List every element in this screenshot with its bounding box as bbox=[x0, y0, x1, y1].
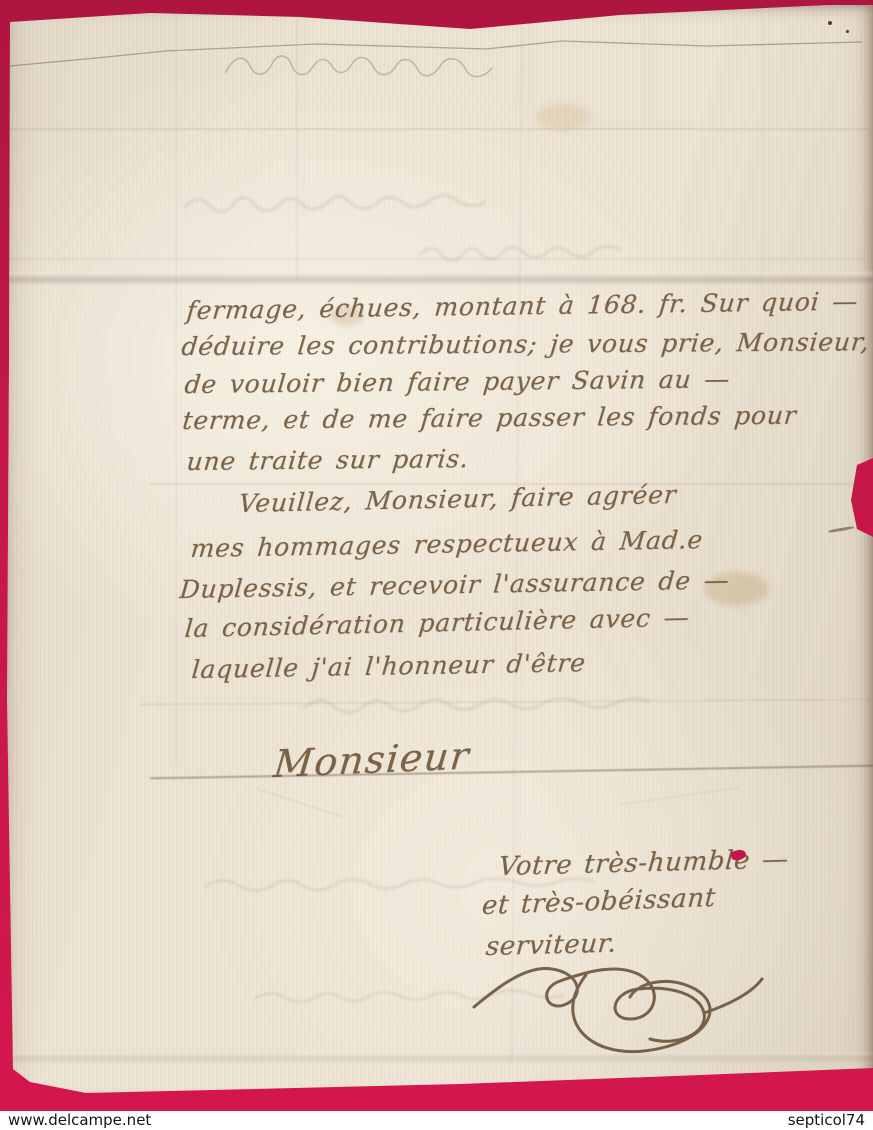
wrinkle bbox=[620, 787, 739, 806]
paper-top-edge-line bbox=[6, 30, 866, 100]
fold-crease bbox=[0, 272, 873, 286]
watermark-left: www.delcampe.net bbox=[8, 1111, 151, 1130]
manuscript-line: terme, et de me faire passer les fonds p… bbox=[181, 401, 798, 435]
manuscript-line: Duplessis, et recevoir l'assurance de — bbox=[178, 565, 730, 604]
salutation-line: Monsieur bbox=[272, 733, 472, 785]
fold-crease bbox=[8, 128, 868, 130]
ink-bleedthrough bbox=[415, 238, 635, 268]
ink-speck bbox=[828, 526, 854, 533]
ink-bleedthrough bbox=[180, 186, 520, 222]
fold-crease bbox=[150, 765, 873, 780]
manuscript-line: la considération particulière avec — bbox=[184, 603, 691, 643]
wrinkle bbox=[257, 788, 343, 818]
watermark-strip: www.delcampe.net septicol74 bbox=[0, 1111, 873, 1130]
fold-crease bbox=[10, 258, 865, 260]
ink-bleedthrough bbox=[300, 690, 700, 720]
manuscript-line: Veuillez, Monsieur, faire agréer bbox=[238, 480, 678, 518]
closing-line: et très-obéissant bbox=[481, 883, 717, 921]
letter-paper: fermage, échues, montant à 168. fr. Sur … bbox=[0, 0, 873, 1112]
manuscript-line: de vouloir bien faire payer Savin au — bbox=[183, 364, 731, 399]
ink-bleedthrough bbox=[250, 985, 600, 1009]
manuscript-line: fermage, échues, montant à 168. fr. Sur … bbox=[185, 287, 859, 325]
fold-crease bbox=[0, 1052, 873, 1064]
listing-photo: fermage, échues, montant à 168. fr. Sur … bbox=[0, 0, 873, 1130]
ink-speck bbox=[846, 30, 849, 33]
pencil-annotation bbox=[222, 44, 502, 89]
foxing-stain bbox=[536, 104, 590, 130]
watermark-right: septicol74 bbox=[788, 1111, 865, 1130]
fold-crease bbox=[175, 6, 182, 766]
closing-line: Votre très-humble — bbox=[498, 844, 790, 882]
manuscript-line: laquelle j'ai l'honneur d'être bbox=[190, 648, 587, 684]
manuscript-line: mes hommages respectueux à Mad.e bbox=[189, 525, 704, 563]
ink-speck bbox=[828, 21, 832, 25]
fold-crease bbox=[643, 6, 650, 126]
fold-crease bbox=[296, 6, 303, 278]
closing-line: serviteur. bbox=[485, 929, 618, 962]
fold-crease bbox=[762, 6, 769, 296]
manuscript-line: déduire les contributions; je vous prie,… bbox=[180, 327, 871, 361]
fold-crease bbox=[140, 698, 870, 705]
signature-flourish bbox=[468, 945, 768, 1060]
manuscript-line: une traite sur paris. bbox=[185, 444, 470, 476]
